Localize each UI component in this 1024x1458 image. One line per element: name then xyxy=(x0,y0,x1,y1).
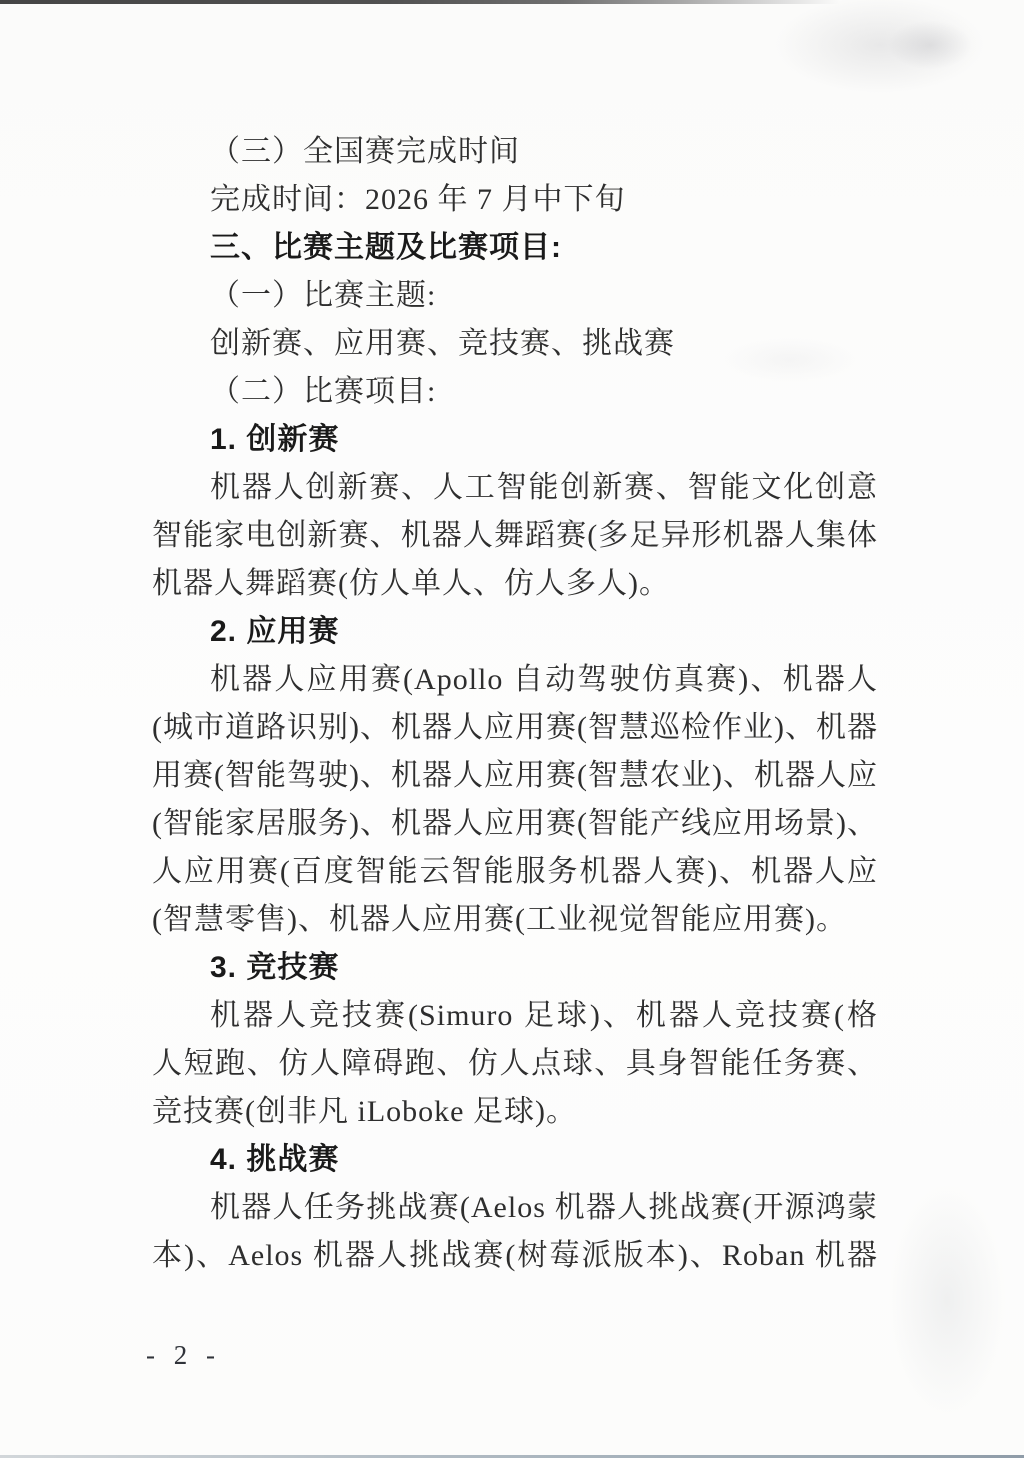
scan-noise xyxy=(740,0,1020,110)
text-line: (智慧零售)、机器人应用赛(工业视觉智能应用赛)。 xyxy=(152,896,878,944)
scan-noise xyxy=(870,10,990,80)
text-line: 本)、Aelos 机器人挑战赛(树莓派版本)、Roban 机器人挑战 xyxy=(152,1232,878,1280)
text-line: 机器人创新赛、人工智能创新赛、智能文化创意创新赛、 xyxy=(152,464,878,512)
scan-edge-top xyxy=(0,0,1024,4)
text-line: 创新赛、应用赛、竞技赛、挑战赛 xyxy=(152,320,878,368)
section-heading: 4. 挑战赛 xyxy=(152,1136,878,1184)
text-line: (智能家居服务)、机器人应用赛(智能产线应用场景)、机器 xyxy=(152,800,878,848)
text-line: (城市道路识别)、机器人应用赛(智慧巡检作业)、机器人应 xyxy=(152,704,878,752)
text-line: 人短跑、仿人障碍跑、仿人点球、具身智能任务赛、机器人 xyxy=(152,1040,878,1088)
text-line: （三）全国赛完成时间 xyxy=(152,128,878,176)
text-line: 机器人任务挑战赛(Aelos 机器人挑战赛(开源鸿蒙版 xyxy=(152,1184,878,1232)
text-line: 机器人竞技赛(Simuro 足球)、机器人竞技赛(格斗)、仿 xyxy=(152,992,878,1040)
document-body: （三）全国赛完成时间完成时间：2026 年 7 月中下旬三、比赛主题及比赛项目:… xyxy=(152,128,878,1280)
section-heading: 2. 应用赛 xyxy=(152,608,878,656)
text-line: 机器人应用赛(Apollo 自动驾驶仿真赛)、机器人应用赛 xyxy=(152,656,878,704)
text-line: 人应用赛(百度智能云智能服务机器人赛)、机器人应用赛 xyxy=(152,848,878,896)
text-line: 完成时间：2026 年 7 月中下旬 xyxy=(152,176,878,224)
text-line: 智能家电创新赛、机器人舞蹈赛(多足异形机器人集体舞)、 xyxy=(152,512,878,560)
section-heading: 三、比赛主题及比赛项目: xyxy=(152,224,878,272)
text-line: （一）比赛主题: xyxy=(152,272,878,320)
section-heading: 1. 创新赛 xyxy=(152,416,878,464)
text-line: （二）比赛项目: xyxy=(152,368,878,416)
text-line: 竞技赛(创非凡 iLoboke 足球)。 xyxy=(152,1088,878,1136)
scan-noise xyxy=(872,1150,1022,1450)
scanned-page: （三）全国赛完成时间完成时间：2026 年 7 月中下旬三、比赛主题及比赛项目:… xyxy=(0,0,1024,1458)
section-heading: 3. 竞技赛 xyxy=(152,944,878,992)
text-line: 机器人舞蹈赛(仿人单人、仿人多人)。 xyxy=(152,560,878,608)
text-line: 用赛(智能驾驶)、机器人应用赛(智慧农业)、机器人应用赛 xyxy=(152,752,878,800)
page-number: - 2 - xyxy=(146,1340,217,1371)
